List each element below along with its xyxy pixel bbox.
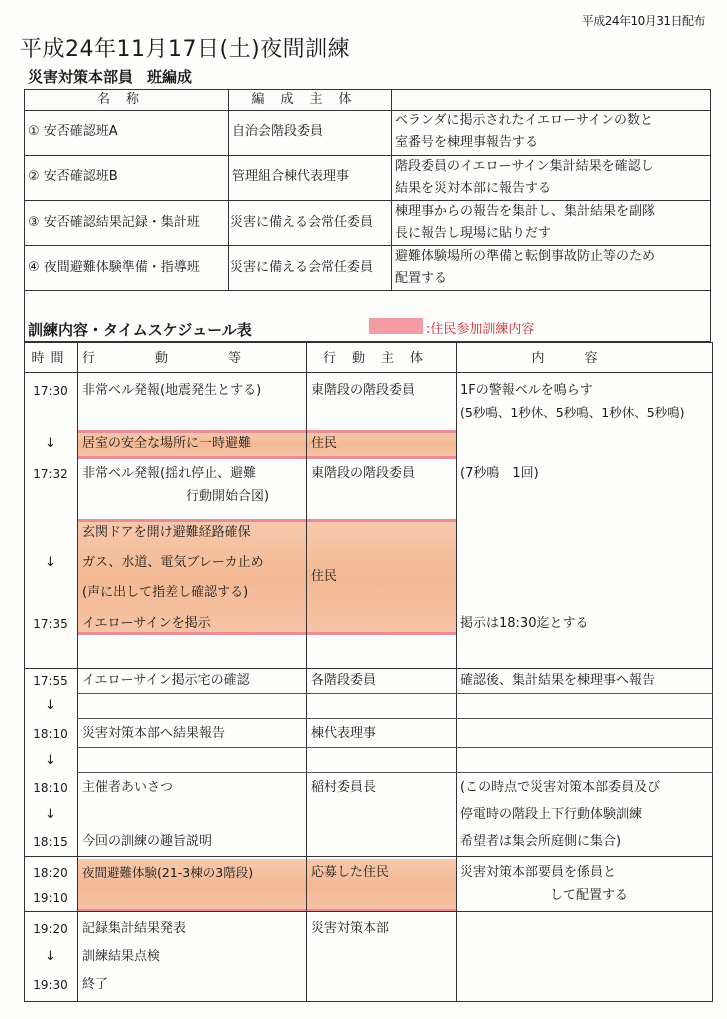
actor-text: 東階段の階段委員 bbox=[311, 463, 415, 485]
team-org: 管理組合棟代表理事 bbox=[232, 166, 349, 188]
team-header-org: 編成主体 bbox=[228, 90, 391, 110]
action-text: 終了 bbox=[82, 974, 108, 996]
action-text: 訓練結果点検 bbox=[82, 946, 160, 968]
action-text: 夜間避難体験(21-3棟の3階段) bbox=[82, 862, 253, 884]
section-title-schedule: 訓練内容・タイムスケジュール表 bbox=[28, 319, 252, 340]
action-text: 記録集計結果発表 bbox=[82, 918, 186, 940]
team-org: 災害に備える会常任委員 bbox=[230, 212, 373, 234]
actor-text: 稲村委員長 bbox=[311, 777, 376, 799]
time-label: 17:30 bbox=[24, 380, 77, 402]
schedule-header-content: 内容 bbox=[456, 347, 713, 366]
arrow-down-icon: ↓ bbox=[24, 552, 77, 574]
legend-swatch bbox=[369, 318, 423, 334]
action-text: 非常ベル発報(揺れ停止、避難 bbox=[82, 463, 256, 485]
content-text: 確認後、集計結果を棟理事へ報告 bbox=[460, 670, 655, 692]
content-text: 希望者は集会所庭側に集合) bbox=[460, 831, 621, 853]
time-label: 17:35 bbox=[24, 613, 77, 635]
section-title-suffix: 班編成 bbox=[147, 68, 192, 86]
content-text: 1Fの警報ベルを鳴らす bbox=[460, 380, 593, 402]
actor-text: 住民 bbox=[311, 566, 337, 588]
action-text: 主催者あいさつ bbox=[82, 777, 173, 799]
actor-text: 各階段委員 bbox=[311, 670, 376, 692]
content-text: (この時点で災害対策本部委員及び bbox=[460, 777, 660, 799]
schedule-col-divider bbox=[77, 342, 78, 1002]
section-title-main: 災害対策本部員 bbox=[28, 68, 133, 86]
action-text: 今回の訓練の趣旨説明 bbox=[82, 831, 212, 853]
team-duty: 棟理事からの報告を集計し、集計結果を副隊 bbox=[395, 201, 655, 223]
action-text: ガス、水道、電気ブレーカ止め bbox=[82, 552, 264, 574]
team-org: 災害に備える会常任委員 bbox=[230, 257, 373, 279]
time-label: 17:32 bbox=[24, 463, 77, 485]
time-label: 19:30 bbox=[24, 974, 77, 996]
action-text: 災害対策本部へ結果報告 bbox=[82, 723, 225, 745]
schedule-row-divider bbox=[77, 747, 713, 748]
action-text: イエローサイン掲示宅の確認 bbox=[82, 670, 250, 692]
team-org: 自治会階段委員 bbox=[232, 121, 323, 143]
schedule-row-divider bbox=[24, 856, 713, 857]
schedule-row-divider bbox=[24, 372, 713, 373]
team-duty: 避難体験場所の準備と転倒事故防止等のため bbox=[395, 246, 655, 268]
distribution-date: 平成24年10月31日配布 bbox=[582, 12, 705, 29]
schedule-row-divider bbox=[24, 911, 713, 912]
arrow-down-icon: ↓ bbox=[24, 946, 77, 968]
actor-text: 応募した住民 bbox=[311, 862, 389, 884]
schedule-header-time: 時間 bbox=[24, 347, 77, 366]
arrow-down-icon: ↓ bbox=[24, 695, 77, 717]
team-duty: 配置する bbox=[395, 268, 447, 290]
schedule-col-divider bbox=[306, 342, 307, 1002]
schedule-row-divider bbox=[24, 668, 713, 669]
team-name: ① 安否確認班A bbox=[28, 121, 118, 143]
time-label: 17:55 bbox=[24, 670, 77, 692]
team-duty: 長に報告し現場に貼りだす bbox=[395, 223, 551, 245]
arrow-down-icon: ↓ bbox=[24, 750, 77, 772]
team-duty: ベランダに掲示されたイエローサインの数と bbox=[395, 110, 653, 132]
team-duty: 結果を災対本部に報告する bbox=[395, 178, 551, 200]
action-text: 居室の安全な場所に一時避難 bbox=[82, 433, 251, 455]
actor-text: 住民 bbox=[311, 433, 337, 455]
team-header-name: 名称 bbox=[24, 90, 228, 110]
resident-highlight-border bbox=[77, 456, 457, 459]
team-name: ② 安否確認班B bbox=[28, 166, 118, 188]
actor-text: 東階段の階段委員 bbox=[311, 380, 415, 402]
arrow-down-icon: ↓ bbox=[24, 804, 77, 826]
team-col-divider-2 bbox=[391, 89, 392, 290]
team-name: ④ 夜間避難体験準備・指導班 bbox=[28, 257, 200, 279]
action-text: 玄関ドアを開け避難経路確保 bbox=[82, 522, 251, 544]
time-label: 18:15 bbox=[24, 831, 77, 853]
legend-label: :住民参加訓練内容 bbox=[426, 318, 534, 337]
team-col-divider-1 bbox=[228, 89, 229, 290]
actor-text: 棟代表理事 bbox=[311, 723, 376, 745]
time-label: 18:20 bbox=[24, 862, 77, 884]
page-title: 平成24年11月17日(土)夜間訓練 bbox=[20, 32, 350, 63]
time-label: 19:20 bbox=[24, 918, 77, 940]
action-text: 行動開始合図) bbox=[186, 486, 269, 508]
action-text: (声に出して指差し確認する) bbox=[82, 582, 248, 604]
content-text: して配置する bbox=[550, 885, 628, 907]
time-label: 19:10 bbox=[24, 887, 77, 909]
schedule-header-action: 行動等 bbox=[77, 347, 306, 366]
actor-text: 災害対策本部 bbox=[311, 918, 389, 940]
content-text: 掲示は18:30迄とする bbox=[460, 613, 588, 635]
team-name: ③ 安否確認結果記録・集計班 bbox=[28, 212, 200, 234]
team-row-divider bbox=[24, 290, 711, 291]
action-text: 非常ベル発報(地震発生とする) bbox=[82, 380, 261, 402]
schedule-header-actor: 行動主体 bbox=[306, 347, 456, 366]
section-title-teams: 災害対策本部員班編成 bbox=[28, 66, 192, 87]
schedule-row-divider bbox=[77, 772, 713, 773]
schedule-col-divider bbox=[456, 342, 457, 1002]
time-label: 18:10 bbox=[24, 723, 77, 745]
content-text: (5秒鳴、1秒休、5秒鳴、1秒休、5秒鳴) bbox=[460, 402, 685, 424]
time-label: 18:10 bbox=[24, 777, 77, 799]
team-duty: 室番号を棟理事報告する bbox=[395, 132, 538, 154]
content-text: 災害対策本部要員を係員と bbox=[460, 862, 616, 884]
content-text: (7秒鳴 1回) bbox=[460, 463, 539, 485]
arrow-down-icon: ↓ bbox=[24, 433, 77, 455]
schedule-row-divider bbox=[77, 718, 713, 719]
team-duty: 階段委員のイエローサイン集計結果を確認し bbox=[395, 156, 654, 178]
action-text: イエローサインを掲示 bbox=[82, 613, 211, 635]
content-text: 停電時の階段上下行動体験訓練 bbox=[460, 804, 642, 826]
schedule-row-divider bbox=[77, 693, 713, 694]
